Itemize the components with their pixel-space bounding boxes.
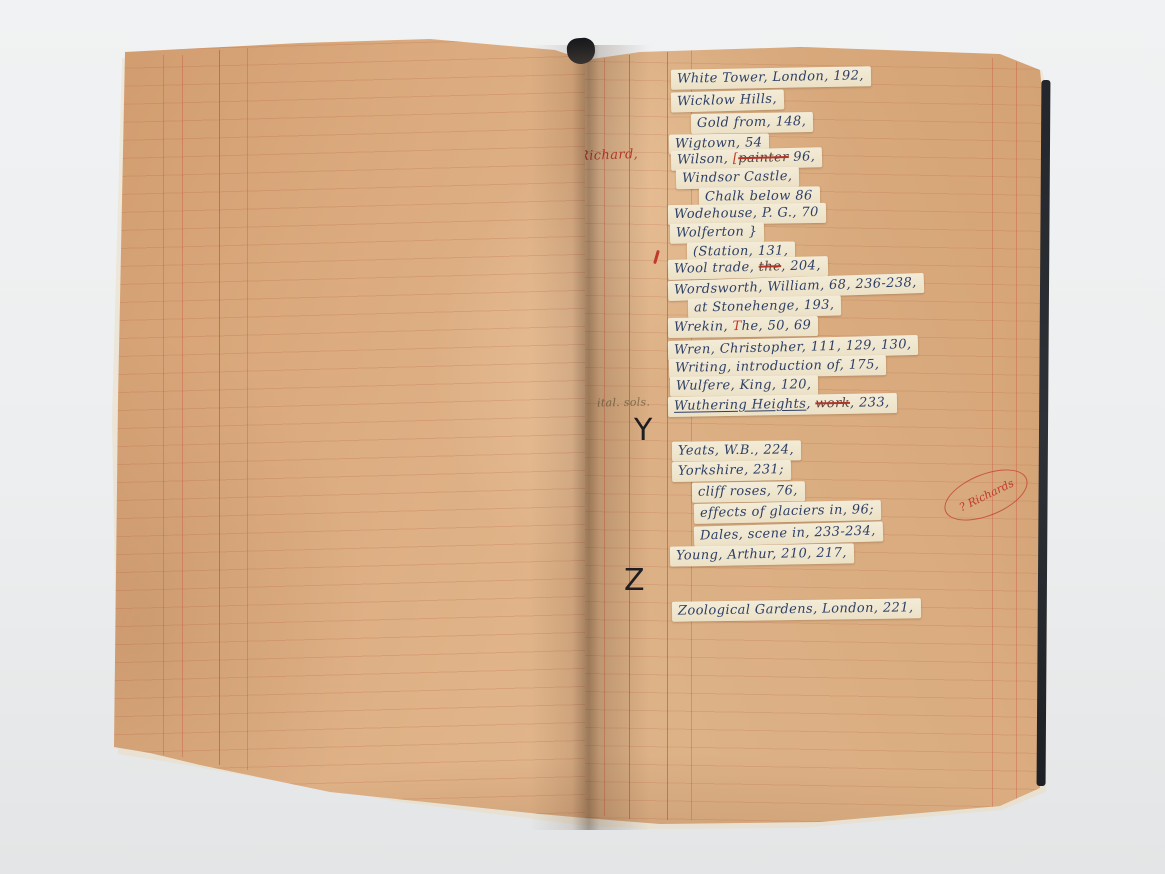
pencil-note: ital. sols.	[597, 396, 650, 410]
index-entry-text: Wuthering Heights	[674, 397, 807, 414]
ruled-line-vertical	[992, 58, 993, 810]
margin-note-richard: Richard,	[579, 147, 639, 164]
index-entry-strip: cliff roses, 76,	[692, 481, 805, 503]
index-entry-text: Young, Arthur, 210, 217,	[676, 546, 847, 564]
index-entry-text: , 204,	[781, 258, 821, 274]
index-entry-text: Chalk below 86	[705, 188, 813, 204]
index-entry-text: Writing, introduction of, 175,	[675, 357, 880, 376]
index-entry-strip: Wicklow Hills,	[671, 89, 784, 112]
index-entry-text: painter	[738, 150, 789, 166]
index-entry-strip: Dales, scene in, 233-234,	[694, 521, 883, 546]
ruled-line-vertical	[219, 50, 220, 765]
ruled-line-vertical	[182, 55, 183, 757]
index-entry-strip: Wuthering Heights, work, 233,	[668, 393, 897, 417]
index-entry-text: White Tower, London, 192,	[677, 68, 864, 86]
index-entry-strip: Gold from, 148,	[691, 112, 814, 134]
index-entry-text: Wilson,	[677, 151, 733, 167]
circled-query-note: ? Richards	[937, 459, 1034, 531]
ruled-line-vertical	[163, 55, 164, 755]
ruled-line-vertical	[629, 55, 630, 819]
index-entry-text: at Stonehenge, 193,	[694, 298, 835, 316]
index-entry-text: 96,	[789, 149, 816, 165]
index-entry-text: Wodehouse, P. G., 70	[674, 205, 819, 222]
section-letter-z: Z	[624, 566, 645, 596]
index-entry-text: Dales, scene in, 233-234,	[700, 524, 876, 544]
ruled-line-vertical	[247, 48, 248, 770]
index-entry-strip: Zoological Gardens, London, 221,	[672, 598, 921, 621]
photo-background: White Tower, London, 192,Wicklow Hills,G…	[0, 0, 1165, 874]
index-entry-strip: at Stonehenge, 193,	[688, 295, 842, 318]
index-entry-strip: Yorkshire, 231;	[672, 460, 791, 482]
index-entry-strip: Wulfere, King, 120,	[670, 375, 819, 397]
circled-query-text: ? Richards	[957, 476, 1016, 514]
index-entry-text: Yeats, W.B., 224,	[678, 442, 794, 458]
index-entry-text: Wrekin,	[674, 319, 733, 335]
index-entry-text: the	[759, 259, 782, 275]
red-tick-mark	[653, 250, 660, 264]
index-entry-strip: Wolferton }	[670, 222, 765, 244]
ruled-line-vertical	[1016, 62, 1017, 804]
index-entry-text: Wicklow Hills,	[677, 92, 777, 110]
ruled-line-vertical	[604, 58, 605, 816]
index-entry-text: Gold from, 148,	[697, 114, 806, 131]
index-entry-text: cliff roses, 76,	[698, 483, 798, 499]
index-entry-text: Zoological Gardens, London, 221,	[678, 600, 914, 618]
index-entry-strip: Yeats, W.B., 224,	[672, 440, 801, 461]
index-entry-text: Yorkshire, 231;	[678, 462, 784, 479]
ruled-line-vertical	[667, 52, 668, 820]
index-entry-strip: Young, Arthur, 210, 217,	[670, 543, 854, 566]
index-entry-strip: effects of glaciers in, 96;	[694, 500, 881, 524]
index-entry-text: he, 50, 69	[742, 318, 812, 334]
index-entry-text: Wolferton }	[676, 224, 758, 240]
index-entry-strip: White Tower, London, 192,	[671, 66, 871, 89]
index-entry-text: Windsor Castle,	[682, 169, 793, 186]
index-entry-strip: Wrekin, The, 50, 69	[668, 316, 819, 338]
index-entry-text: Wool trade,	[674, 260, 759, 277]
index-entry-text: Wulfere, King, 120,	[676, 377, 812, 393]
index-entry-text: work	[815, 396, 850, 412]
index-entry-text: , 233,	[850, 395, 890, 411]
section-letter-y: Y	[634, 416, 652, 446]
index-entry-text: effects of glaciers in, 96;	[700, 502, 874, 521]
index-entry-text: T	[732, 319, 741, 334]
